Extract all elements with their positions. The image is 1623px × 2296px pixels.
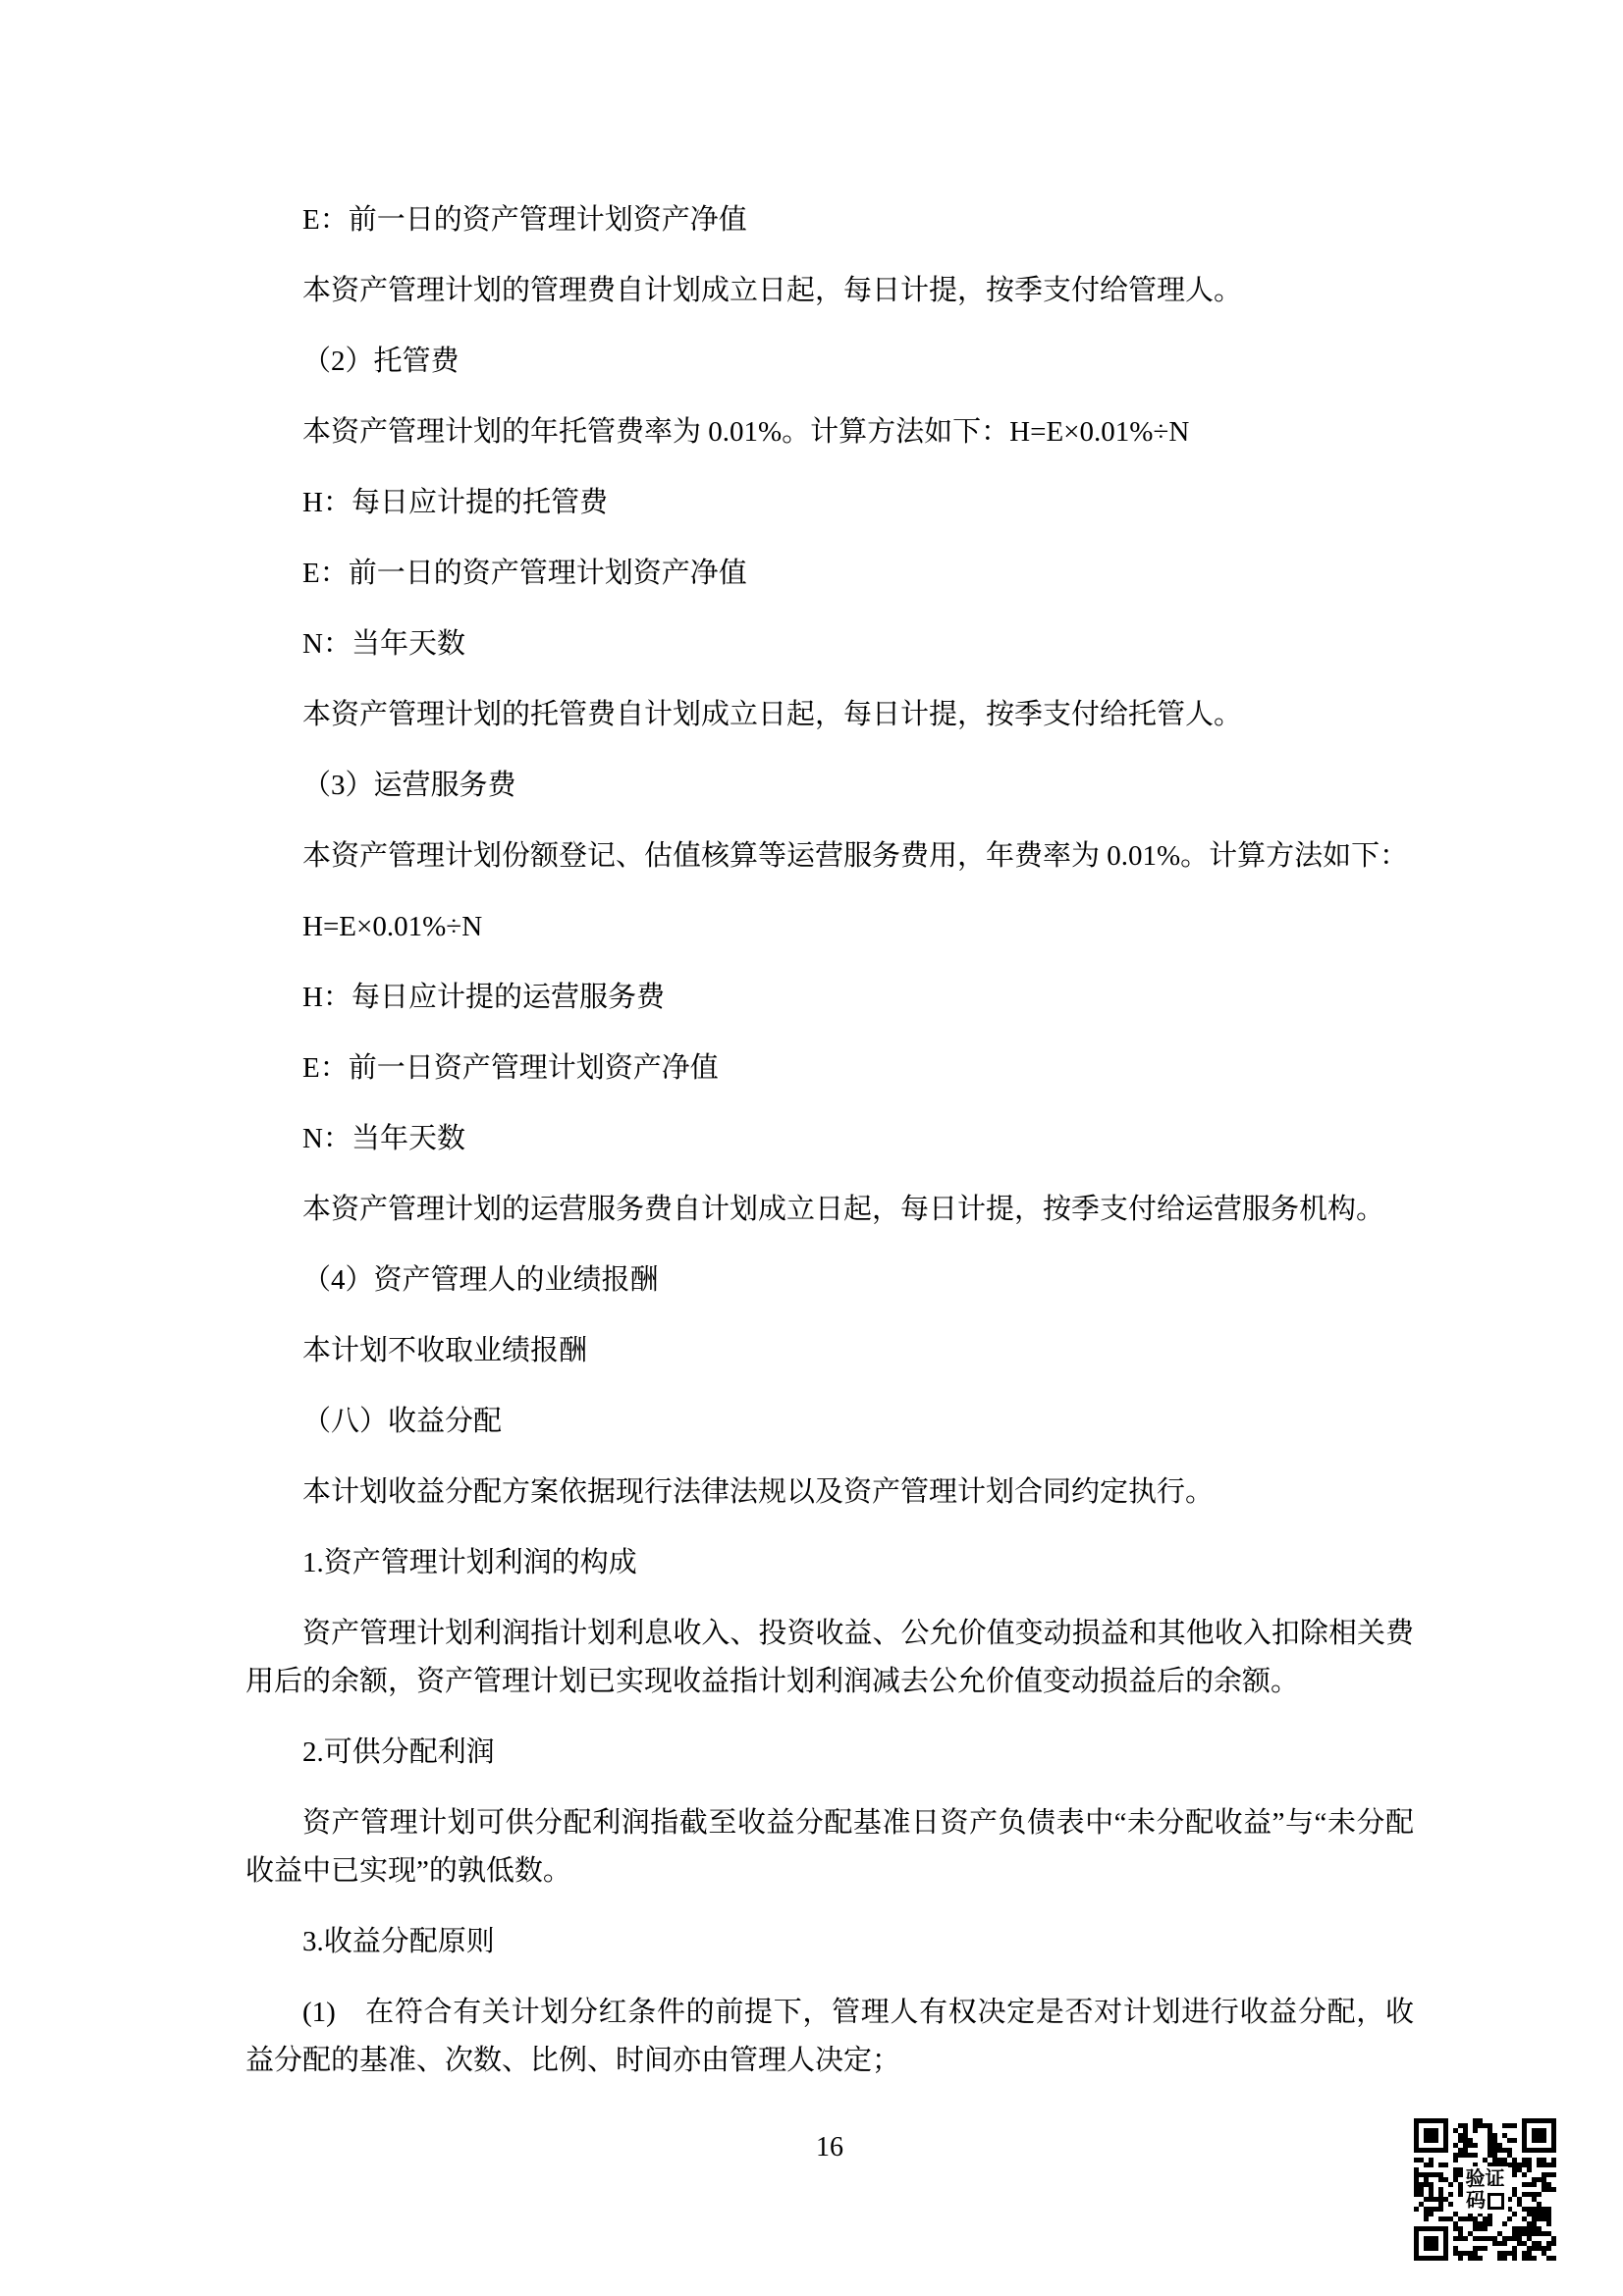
paragraph: 本资产管理计划的运营服务费自计划成立日起，每日计提，按季支付给运营服务机构。: [245, 1186, 1414, 1234]
paragraph: 3.收益分配原则: [245, 1918, 1414, 1966]
qr-mini-mark-icon: [1488, 2193, 1504, 2210]
paragraph: （3）运营服务费: [245, 762, 1414, 810]
paragraph: E：前一日资产管理计划资产净值: [245, 1044, 1414, 1093]
qr-label: 验证 码: [1463, 2166, 1508, 2214]
paragraph: (1) 在符合有关计划分红条件的前提下，管理人有权决定是否对计划进行收益分配，收…: [245, 1989, 1414, 2085]
paragraph: 本资产管理计划的年托管费率为 0.01%。计算方法如下：H=E×0.01%÷N: [245, 408, 1414, 456]
paragraph: N：当年天数: [245, 1115, 1414, 1163]
paragraph: N：当年天数: [245, 620, 1414, 668]
qr-label-top: 验证: [1466, 2168, 1505, 2190]
page-number: 16: [816, 2132, 843, 2163]
paragraph: 资产管理计划可供分配利润指截至收益分配基准日资产负债表中“未分配收益”与“未分配…: [245, 1799, 1414, 1896]
paragraph: 本资产管理计划的管理费自计划成立日起，每日计提，按季支付给管理人。: [245, 267, 1414, 315]
paragraph: H：每日应计提的运营服务费: [245, 974, 1414, 1022]
paragraph: 资产管理计划利润指计划利息收入、投资收益、公允价值变动损益和其他收入扣除相关费用…: [245, 1610, 1414, 1706]
paragraph: H=E×0.01%÷N: [245, 903, 1414, 951]
paragraph: 本资产管理计划的托管费自计划成立日起，每日计提，按季支付给托管人。: [245, 691, 1414, 739]
paragraph: （2）托管费: [245, 338, 1414, 386]
paragraph: E：前一日的资产管理计划资产净值: [245, 550, 1414, 598]
paragraph: 本计划不收取业绩报酬: [245, 1327, 1414, 1375]
paragraph: 本计划收益分配方案依据现行法律法规以及资产管理计划合同约定执行。: [245, 1468, 1414, 1517]
paragraph: H：每日应计提的托管费: [245, 479, 1414, 527]
paragraph: 1.资产管理计划利润的构成: [245, 1539, 1414, 1587]
paragraph: E：前一日的资产管理计划资产净值: [245, 196, 1414, 244]
paragraph: 2.可供分配利润: [245, 1729, 1414, 1777]
paragraph: （八）收益分配: [245, 1398, 1414, 1446]
document-page: E：前一日的资产管理计划资产净值 本资产管理计划的管理费自计划成立日起，每日计提…: [0, 0, 1623, 2296]
paragraph: （4）资产管理人的业绩报酬: [245, 1256, 1414, 1305]
qr-code: 验证 码: [1414, 2118, 1556, 2261]
page-footer: 16: [245, 2132, 1414, 2163]
paragraph: 本资产管理计划份额登记、估值核算等运营服务费用，年费率为 0.01%。计算方法如…: [245, 832, 1414, 881]
document-body: E：前一日的资产管理计划资产净值 本资产管理计划的管理费自计划成立日起，每日计提…: [245, 196, 1414, 2108]
qr-label-bottom: 码: [1466, 2190, 1505, 2212]
